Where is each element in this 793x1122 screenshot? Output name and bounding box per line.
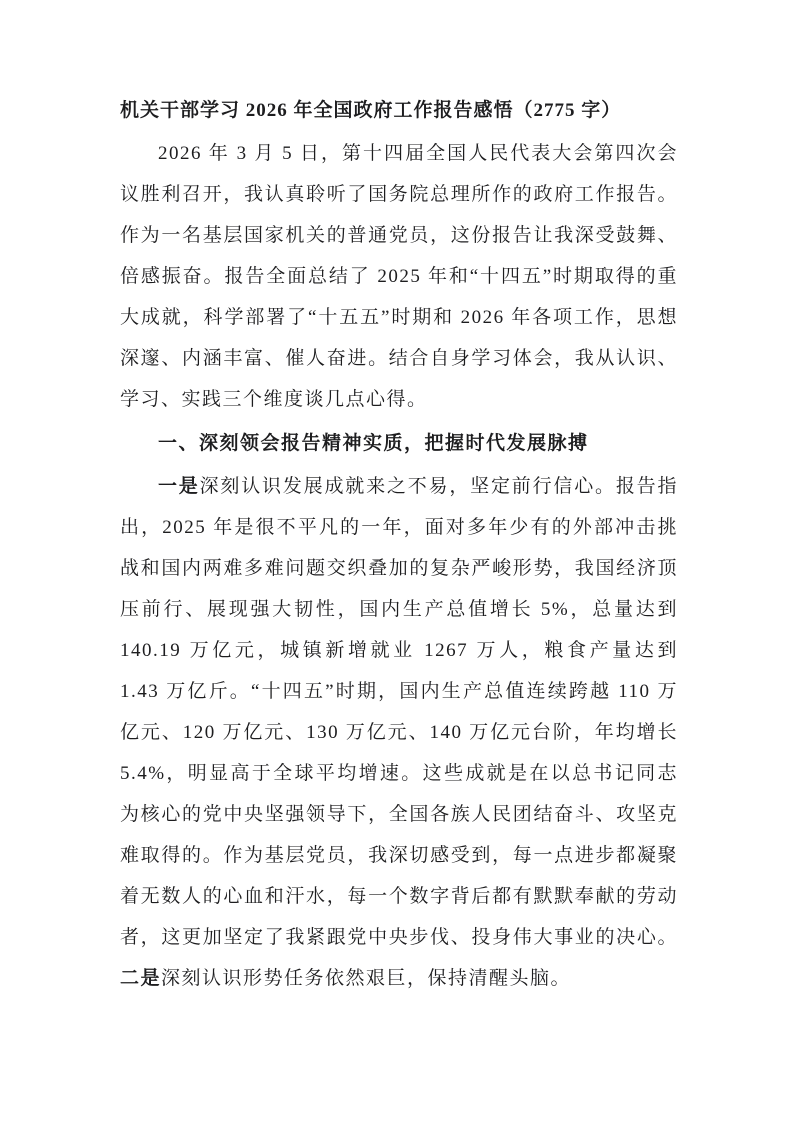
document-content: 机关干部学习 2026 年全国政府工作报告感悟（2775 字） 2026 年 3… [120, 88, 678, 999]
document-title: 机关干部学习 2026 年全国政府工作报告感悟（2775 字） [120, 88, 678, 133]
intro-paragraph: 2026 年 3 月 5 日，第十四届全国人民代表大会第四次会议胜利召开，我认真… [120, 133, 678, 420]
section-heading-1: 一、深刻领会报告精神实质，把握时代发展脉搏 [120, 423, 678, 464]
lead-in-marker-2: 二是 [120, 968, 161, 989]
lead-in-marker-1: 一是 [158, 476, 200, 497]
section-1-paragraph: 一是深刻认识发展成就来之不易，坚定前行信心。报告指出，2025 年是很不平凡的一… [120, 466, 678, 999]
document-page: 机关干部学习 2026 年全国政府工作报告感悟（2775 字） 2026 年 3… [0, 0, 793, 1122]
section-1-text-run-1: 深刻认识发展成就来之不易，坚定前行信心。报告指出，2025 年是很不平凡的一年，… [120, 476, 678, 948]
section-1-text-run-2: 深刻认识形势任务依然艰巨，保持清醒头脑。 [161, 968, 571, 989]
